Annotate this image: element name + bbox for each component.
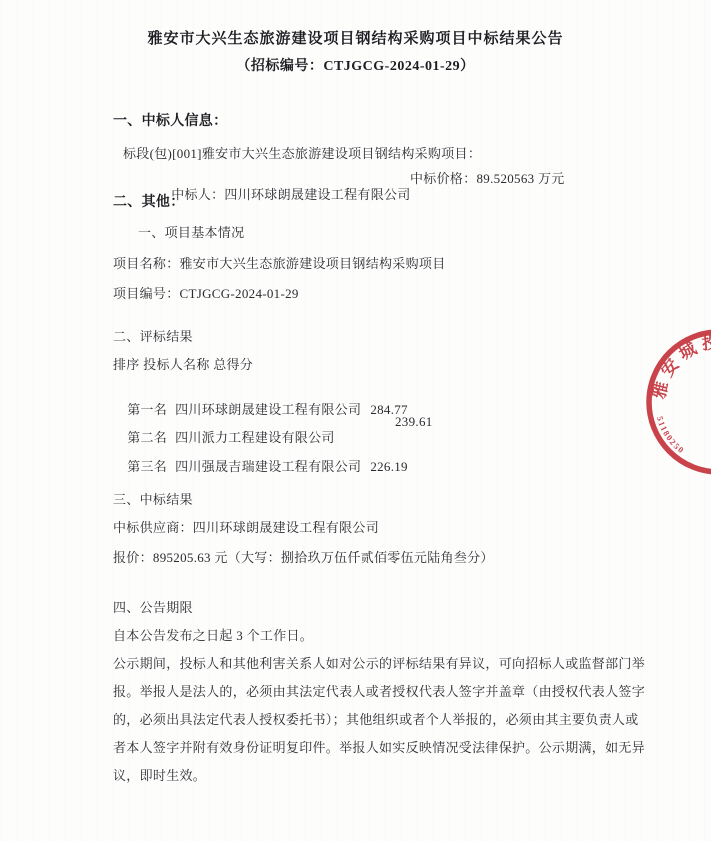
winner-price: 中标价格：89.520563 万元 [410, 171, 565, 187]
document-subtitle: （招标编号：CTJGCG-2024-01-29） [0, 59, 711, 75]
notice-heading: 四、公告期限 [113, 600, 193, 616]
document-title: 雅安市大兴生态旅游建设项目钢结构采购项目中标结果公告 [0, 31, 711, 47]
rank-label: 第三名 [127, 459, 167, 474]
winner-info-heading: 一、中标人信息： [113, 114, 227, 130]
evaluation-table-header: 排序 投标人名称 总得分 [113, 357, 253, 373]
evaluation-heading: 二、评标结果 [113, 329, 193, 345]
notice-line: 者本人签字并附有效身份证明复印件。举报人如实反映情况受法律保护。公示期满，如无异 [113, 740, 645, 756]
basic-info-heading: 一、项目基本情况 [138, 225, 244, 241]
document-page: 雅安市大兴生态旅游建设项目钢结构采购项目中标结果公告 （招标编号：CTJGCG-… [0, 0, 711, 841]
notice-duration: 自本公告发布之日起 3 个工作日。 [113, 628, 313, 644]
lot-line: 标段(包)[001]雅安市大兴生态旅游建设项目钢结构采购项目： [123, 146, 481, 162]
winner-name: 中标人：四川环球朗晟建设工程有限公司 [171, 187, 410, 202]
project-name: 项目名称：雅安市大兴生态旅游建设项目钢结构采购项目 [113, 256, 446, 272]
other-heading: 二、其他： [113, 195, 185, 211]
award-price: 报价：895205.63 元（大写：捌拾玖万伍仟贰佰零伍元陆角叁分） [113, 550, 494, 566]
bidder-name: 四川强晟吉瑞建设工程有限公司 [175, 459, 361, 474]
evaluation-row: 第三名四川强晟吉瑞建设工程有限公司226.19 [113, 443, 673, 491]
bidder-score: 239.61 [395, 414, 433, 430]
notice-line: 的，必须出具法定代表人授权委托书）；其他组织或者个人举报的，必须由其主要负责人或 [113, 712, 639, 728]
notice-line: 报。举报人是法人的，必须由其法定代表人或者授权代表人签字并盖章（由授权代表人签字 [113, 684, 645, 700]
award-supplier: 中标供应商：四川环球朗晟建设工程有限公司 [113, 520, 379, 536]
notice-line: 公示期间，投标人和其他利害关系人如对公示的评标结果有异议，可向招标人或监督部门举 [113, 656, 645, 672]
notice-line: 议，即时生效。 [113, 768, 206, 784]
bidder-score: 226.19 [370, 459, 408, 474]
project-number: 项目编号：CTJGCG-2024-01-29 [113, 286, 299, 302]
award-heading: 三、中标结果 [113, 492, 193, 508]
